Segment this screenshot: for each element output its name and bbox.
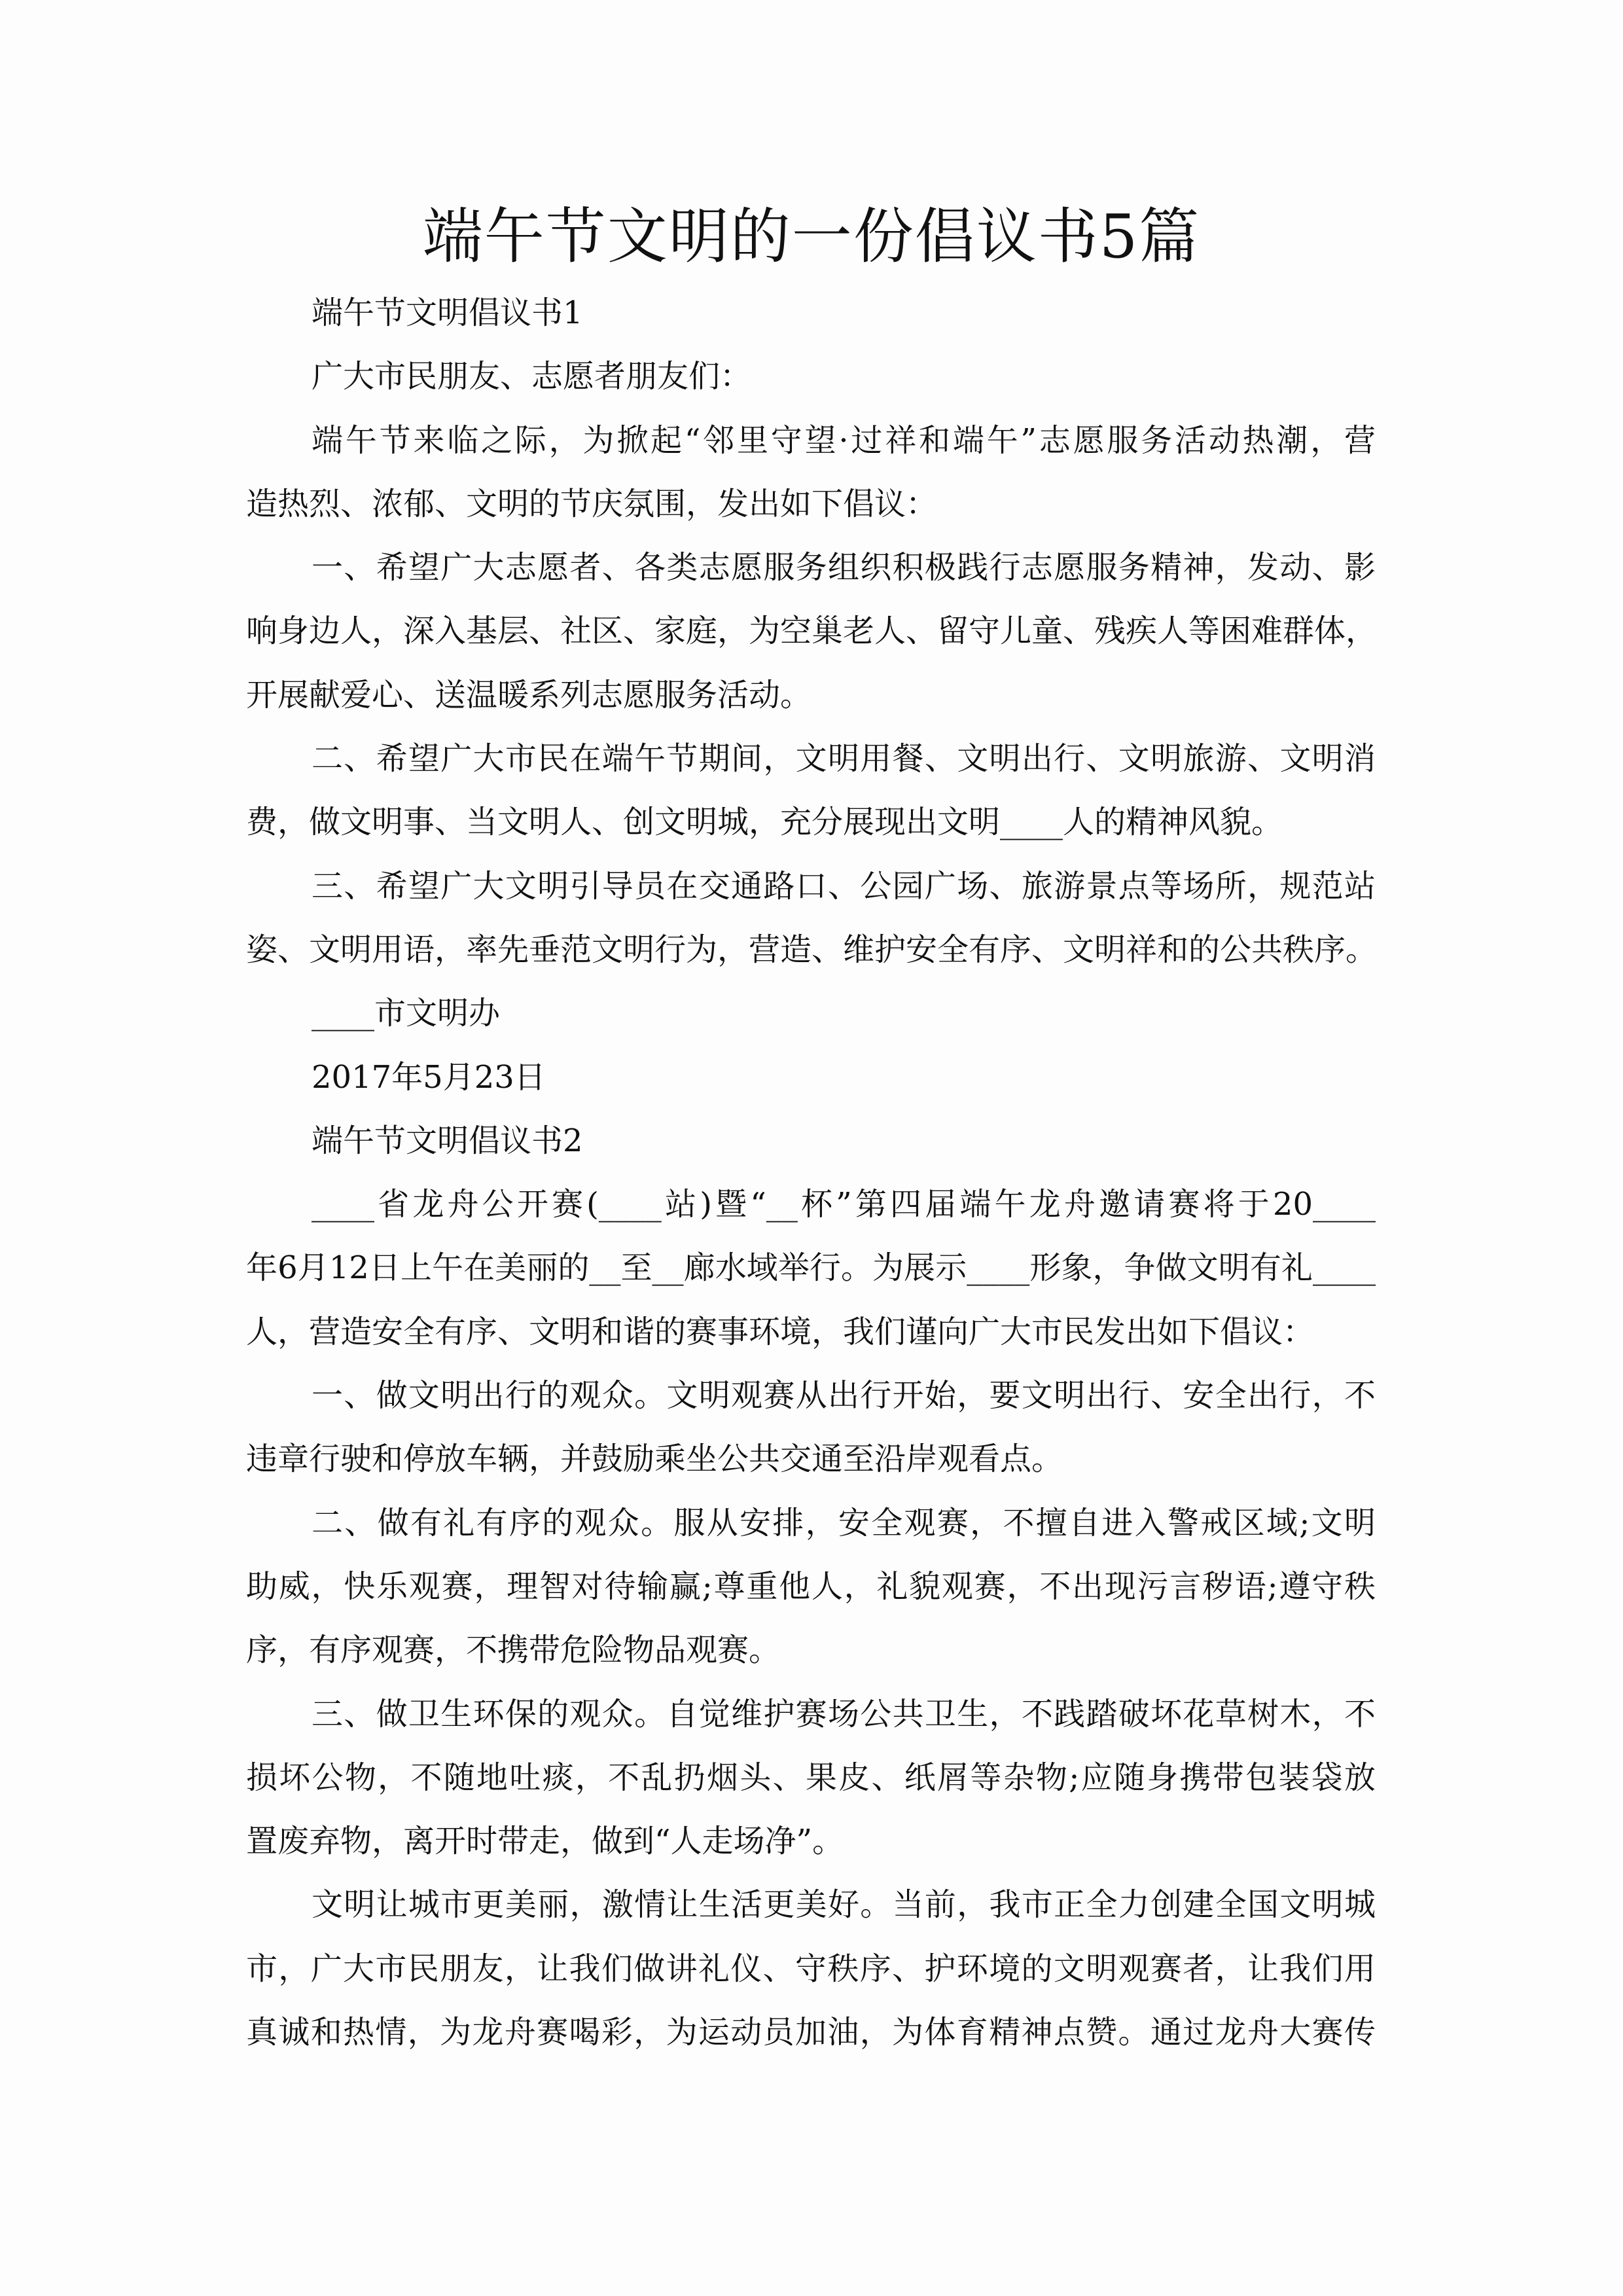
text-line: 开展献爱心、送温暖系列志愿服务活动。 (246, 664, 1376, 727)
text-line: 一、做文明出行的观众。文明观赛从出行开始，要文明出行、安全出行，不 (246, 1364, 1376, 1427)
text-line: 三、希望广大文明引导员在交通路口、公园广场、旅游景点等场所，规范站 (246, 855, 1376, 918)
text-line: 人，营造安全有序、文明和谐的赛事环境，我们谨向广大市民发出如下倡议： (246, 1300, 1376, 1364)
document-title: 端午节文明的一份倡议书5篇 (0, 196, 1623, 278)
text-line: 二、希望广大市民在端午节期间，文明用餐、文明出行、文明旅游、文明消 (246, 727, 1376, 791)
text-line: 助威，快乐观赛，理智对待输赢;尊重他人，礼貌观赛，不出现污言秽语;遵守秩 (246, 1555, 1376, 1619)
text-line: 文明让城市更美丽，激情让生活更美好。当前，我市正全力创建全国文明城 (246, 1873, 1376, 1937)
text-line: 市，广大市民朋友，让我们做讲礼仪、守秩序、护环境的文明观赛者，让我们用 (246, 1937, 1376, 2001)
text-line: 端午节文明倡议书2 (246, 1109, 1376, 1173)
text-line: 损坏公物，不随地吐痰，不乱扔烟头、果皮、纸屑等杂物;应随身携带包装袋放 (246, 1746, 1376, 1810)
text-line: 序，有序观赛，不携带危险物品观赛。 (246, 1619, 1376, 1682)
text-line: 违章行驶和停放车辆，并鼓励乘坐公共交通至沿岸观看点。 (246, 1427, 1376, 1491)
text-line: 2017年5月23日 (246, 1046, 1376, 1109)
text-line: 真诚和热情，为龙舟赛喝彩，为运动员加油，为体育精神点赞。通过龙舟大赛传 (246, 2001, 1376, 2064)
text-line: 姿、文明用语，率先垂范文明行为，营造、维护安全有序、文明祥和的公共秩序。 (246, 918, 1376, 982)
text-line: 广大市民朋友、志愿者朋友们： (246, 345, 1376, 408)
text-line: 端午节文明倡议书1 (246, 281, 1376, 345)
text-line: 三、做卫生环保的观众。自觉维护赛场公共卫生，不践踏破坏花草树木，不 (246, 1683, 1376, 1746)
text-line: 费，做文明事、当文明人、创文明城，充分展现出文明____人的精神风貌。 (246, 791, 1376, 854)
text-line: 置废弃物，离开时带走，做到“人走场净”。 (246, 1810, 1376, 1873)
text-line: ____市文明办 (246, 982, 1376, 1045)
text-line: ____省龙舟公开赛(____站)暨“__杯”第四届端午龙舟邀请赛将于20___… (246, 1173, 1376, 1236)
text-line: 二、做有礼有序的观众。服从安排，安全观赛，不擅自进入警戒区域;文明 (246, 1492, 1376, 1555)
text-line: 年6月12日上午在美丽的__至__廊水域举行。为展示____形象，争做文明有礼_… (246, 1236, 1376, 1300)
document-body: 端午节文明倡议书1广大市民朋友、志愿者朋友们：端午节来临之际，为掀起“邻里守望·… (246, 281, 1376, 2064)
text-line: 响身边人，深入基层、社区、家庭，为空巢老人、留守儿童、残疾人等困难群体， (246, 600, 1376, 663)
text-line: 端午节来临之际，为掀起“邻里守望·过祥和端午”志愿服务活动热潮，营 (246, 409, 1376, 473)
text-line: 造热烈、浓郁、文明的节庆氛围，发出如下倡议： (246, 473, 1376, 536)
text-line: 一、希望广大志愿者、各类志愿服务组织积极践行志愿服务精神，发动、影 (246, 536, 1376, 600)
